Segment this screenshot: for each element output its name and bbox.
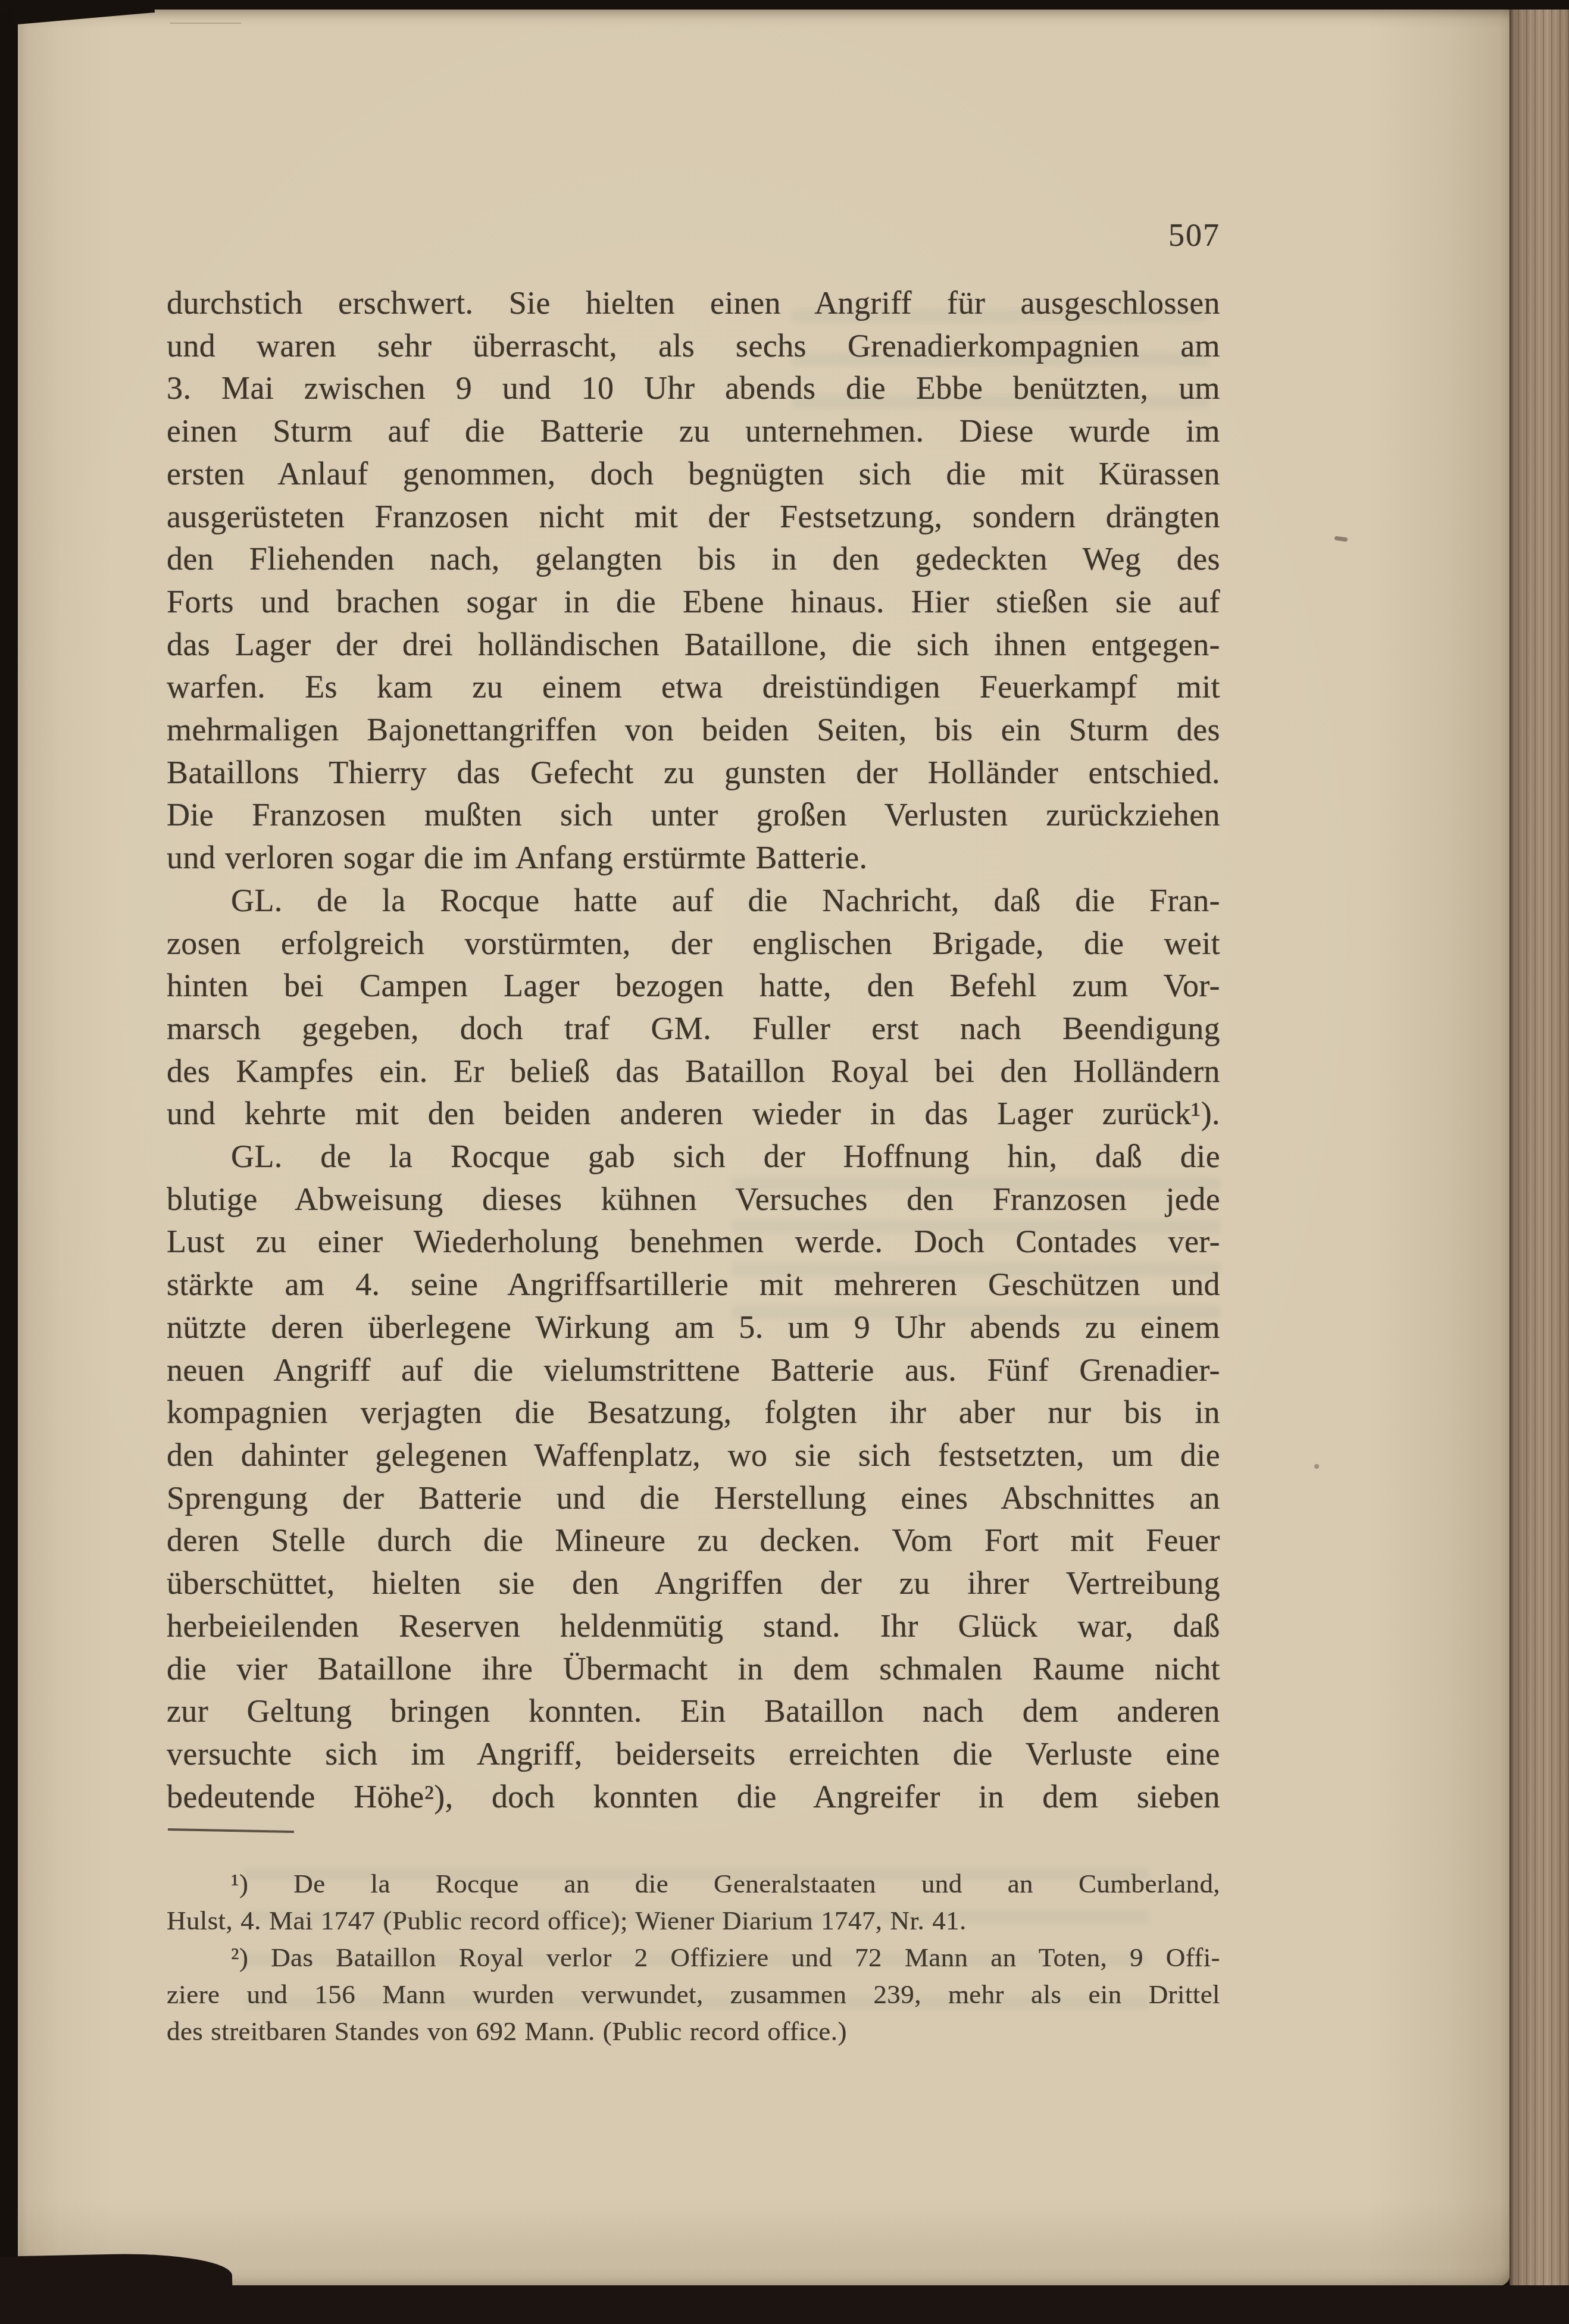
top-edge-black [0, 0, 1569, 10]
body-line: überschüttet, hielten sie den Angriffen … [167, 1562, 1220, 1605]
body-text: durchstich erschwert. Sie hielten einen … [167, 282, 1220, 1818]
body-line: bedeutende Höhe²), doch konnten die Angr… [167, 1776, 1220, 1819]
body-line: die vier Bataillone ihre Übermacht in de… [167, 1648, 1220, 1691]
body-line: zosen erfolgreich vorstürmten, der engli… [167, 922, 1220, 965]
ink-speck [1334, 536, 1348, 542]
footnote: ²) Das Bataillon Royal verlor 2 Offizier… [167, 1939, 1220, 2050]
body-line: das Lager der drei holländischen Bataill… [167, 624, 1220, 667]
footnote-line: des streitbaren Standes von 692 Mann. (P… [167, 2013, 1220, 2050]
body-line: GL. de la Rocque hatte auf die Nachricht… [167, 880, 1220, 922]
body-line: nützte deren überlegene Wirkung am 5. um… [167, 1306, 1220, 1349]
paragraph: GL. de la Rocque hatte auf die Nachricht… [167, 880, 1220, 1136]
body-line: herbeieilenden Reserven heldenmütig stan… [167, 1605, 1220, 1648]
body-line: und verloren sogar die im Anfang erstürm… [167, 837, 1220, 880]
bottom-edge-black [0, 2285, 1569, 2324]
body-line: kompagnien verjagten die Besatzung, folg… [167, 1391, 1220, 1434]
body-line: Bataillons Thierry das Gefecht zu gunste… [167, 752, 1220, 795]
body-line: Forts und brachen sogar in die Ebene hin… [167, 581, 1220, 624]
footnotes: ¹) De la Rocque an die Generalstaaten un… [167, 1865, 1220, 2050]
body-line: stärkte am 4. seine Angriffsartillerie m… [167, 1263, 1220, 1306]
paragraph: durchstich erschwert. Sie hielten einen … [167, 282, 1220, 880]
body-line: und waren sehr überrascht, als sechs Gre… [167, 325, 1220, 368]
body-line: Lust zu einer Wiederholung benehmen werd… [167, 1221, 1220, 1263]
page-number: 507 [167, 218, 1220, 252]
ink-speck [1314, 1464, 1319, 1469]
body-line: zur Geltung bringen konnten. Ein Bataill… [167, 1690, 1220, 1733]
body-line: durchstich erschwert. Sie hielten einen … [167, 282, 1220, 325]
body-line: GL. de la Rocque gab sich der Hoffnung h… [167, 1136, 1220, 1178]
footnote-line: ²) Das Bataillon Royal verlor 2 Offizier… [167, 1939, 1220, 1976]
footnote: ¹) De la Rocque an die Generalstaaten un… [167, 1865, 1220, 1939]
body-line: ausgerüsteten Franzosen nicht mit der Fe… [167, 496, 1220, 539]
footnote-line: ¹) De la Rocque an die Generalstaaten un… [167, 1865, 1220, 1902]
footnote-line: Hulst, 4. Mai 1747 (Public record office… [167, 1902, 1220, 1939]
body-line: einen Sturm auf die Batterie zu unterneh… [167, 410, 1220, 453]
body-line: ersten Anlauf genommen, doch begnügten s… [167, 453, 1220, 496]
body-line: Sprengung der Batterie und die Herstellu… [167, 1477, 1220, 1520]
footnote-divider [168, 1828, 294, 1833]
body-line: neuen Angriff auf die vielumstrittene Ba… [167, 1349, 1220, 1392]
body-line: blutige Abweisung dieses kühnen Versuche… [167, 1178, 1220, 1221]
body-line: den dahinter gelegenen Waffenplatz, wo s… [167, 1434, 1220, 1477]
left-page-edges [0, 0, 18, 2273]
body-line: den Fliehenden nach, gelangten bis in de… [167, 538, 1220, 581]
body-line: 3. Mai zwischen 9 und 10 Uhr abends die … [167, 367, 1220, 410]
body-line: Die Franzosen mußten sich unter großen V… [167, 794, 1220, 837]
footnote-line: ziere und 156 Mann wurden verwundet, zus… [167, 1976, 1220, 2013]
book-page-scan: 507 durchstich erschwert. Sie hielten ei… [0, 0, 1569, 2324]
body-line: des Kampfes ein. Er beließ das Bataillon… [167, 1050, 1220, 1093]
body-line: und kehrte mit den beiden anderen wieder… [167, 1093, 1220, 1136]
ink-speck [170, 23, 241, 24]
body-line: mehrmaligen Bajonettangriffen von beiden… [167, 709, 1220, 752]
paper-page: 507 durchstich erschwert. Sie hielten ei… [18, 10, 1509, 2289]
right-fore-edge [1509, 0, 1569, 2324]
body-line: marsch gegeben, doch traf GM. Fuller ers… [167, 1008, 1220, 1050]
paragraph: GL. de la Rocque gab sich der Hoffnung h… [167, 1136, 1220, 1818]
body-line: hinten bei Campen Lager bezogen hatte, d… [167, 965, 1220, 1008]
body-line: versuchte sich im Angriff, beiderseits e… [167, 1733, 1220, 1776]
body-line: deren Stelle durch die Mineure zu decken… [167, 1519, 1220, 1562]
body-line: warfen. Es kam zu einem etwa dreistündig… [167, 666, 1220, 709]
